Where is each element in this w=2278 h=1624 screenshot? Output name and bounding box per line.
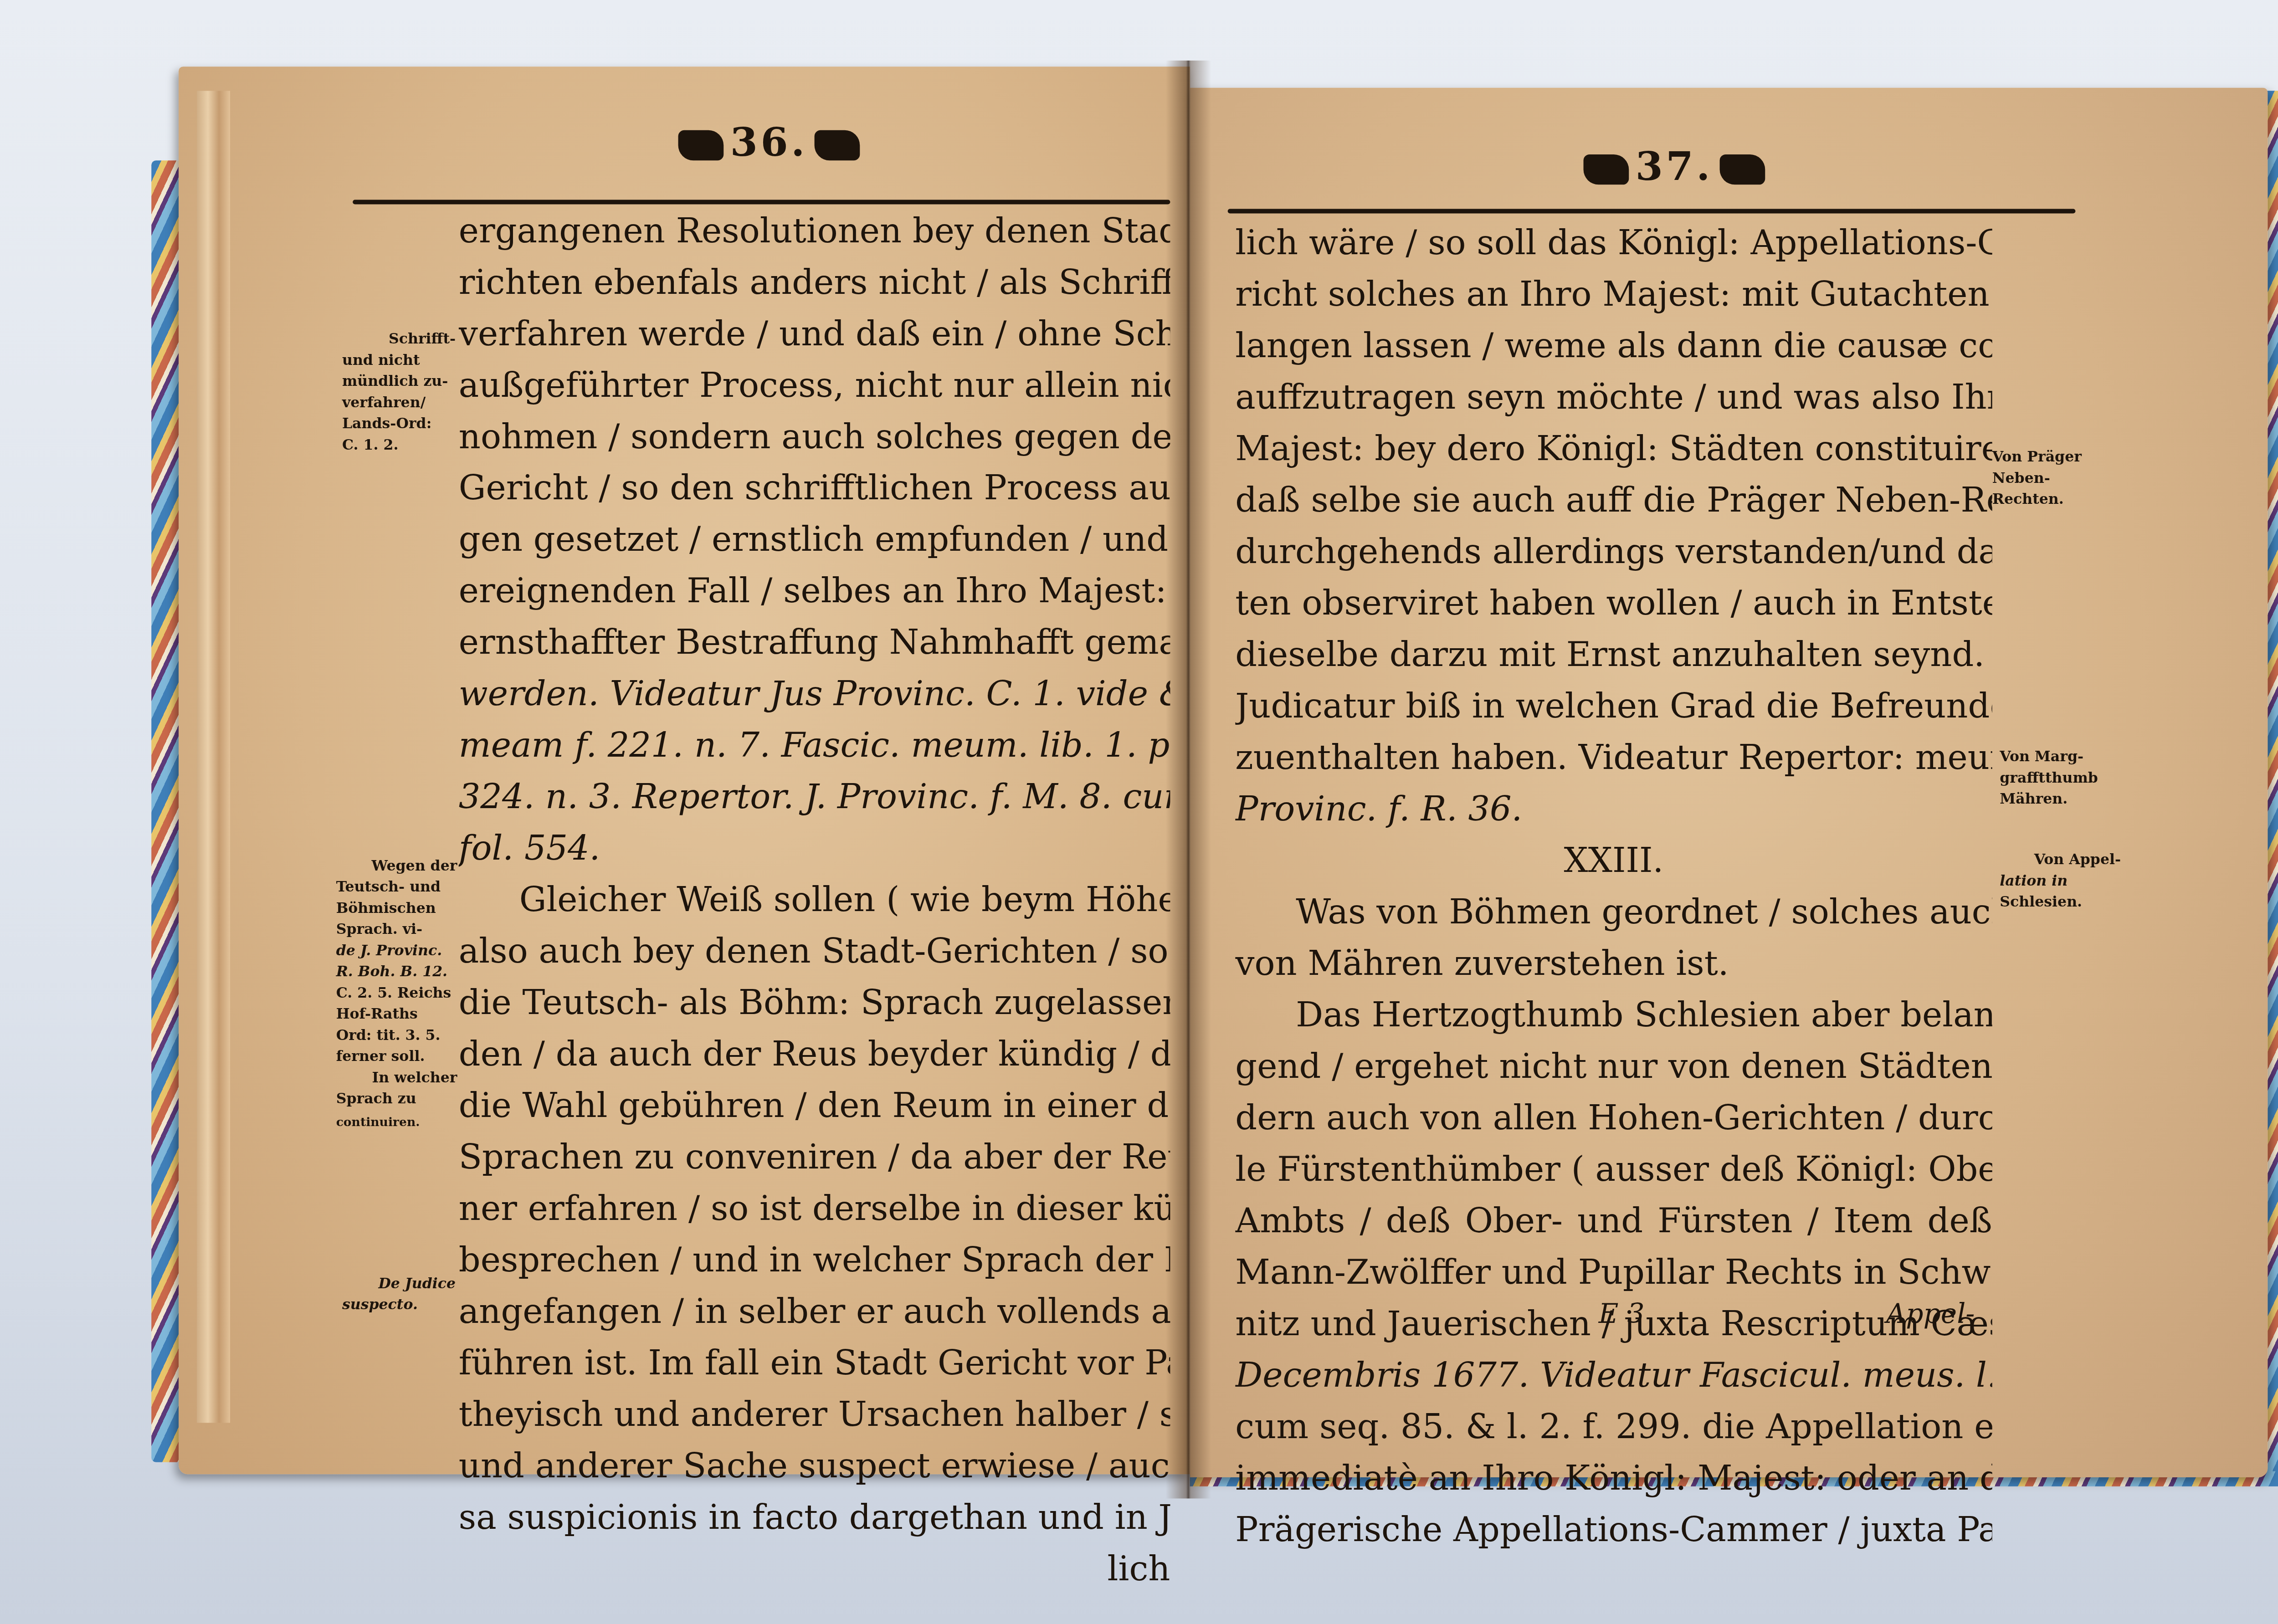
text-line: Decembris 1677. Videatur Fascicul. meus.… [1235,1350,1992,1402]
text-line: Prägerische Appellations-Cammer / juxta … [1235,1505,1992,1556]
margin-note-mahren: Von Marg- grafftthumb Mähren. [2000,748,2121,811]
text-line: immediatè an Ihro Königl: Majest: oder a… [1235,1453,1992,1505]
page-number: 37. [1636,145,1713,191]
text-line: zuenthalten haben. Videatur Repertor: me… [1235,733,1992,784]
margin-note-line: mündlich zu- [342,372,456,394]
margin-note-line: De Judice [342,1275,456,1296]
text-line: angefangen / in selber er auch vollends … [459,1286,1170,1338]
margin-note-line: Von Appel- [2000,850,2121,872]
margin-note-sprach: Wegen der Teutsch- und Böhmischen Sprach… [336,857,457,1132]
left-page-fold-edge [197,91,230,1423]
margin-note-line: lation in [2000,872,2121,893]
right-page-header: 37. [1523,145,1826,191]
margin-note-line: Teutsch- und [336,878,457,899]
ornament-icon [814,130,859,160]
text-line: Ambts / deß Ober- und Fürsten / Item deß [1235,1196,1992,1247]
text-line: cum seq. 85. & l. 2. f. 299. die Appella… [1235,1402,1992,1453]
ornament-icon [1719,154,1765,184]
margin-note-line: Rechten. [1992,491,2114,512]
margin-note-line: Böhmischen [336,899,457,921]
text-line: die Teutsch- als Böhm: Sprach zugelassen… [459,978,1170,1029]
margin-note-line: C. 2. 5. Reichs [336,984,457,1005]
text-line: Gericht / so den schrifftlichen Process … [459,463,1170,515]
catchword: Appel- [1886,1299,1975,1331]
margin-note-line: Von Marg- [2000,748,2121,769]
text-line: besprechen / und in welcher Sprach der P… [459,1235,1170,1286]
text-line: meam f. 221. n. 7. Fascic. meum. lib. 1.… [459,721,1170,772]
margin-note-line: Hof-Raths [336,1005,457,1026]
text-line: gend / ergehet nicht nur von denen Städt… [1235,1041,1992,1093]
text-line: lich [459,1544,1170,1595]
text-line: le Fürstenthümber ( ausser deß Königl: O… [1235,1144,1992,1196]
right-page: 37. lich wäre / so soll das Königl: Appe… [1190,88,2268,1477]
margin-note-line: grafftthumb [2000,769,2121,790]
signature-mark: E 3 [1599,1299,1645,1331]
text-line: Judicatur biß in welchen Grad die Befreu… [1235,681,1992,733]
margin-note-line: Mähren. [2000,790,2121,811]
text-line: auffzutragen seyn möchte / und was also … [1235,372,1992,424]
text-line: also auch bey denen Stadt-Gerichten / so… [459,926,1170,978]
text-line: und anderer Sache suspect erwiese / auch… [459,1441,1170,1492]
text-line: daß selbe sie auch auff die Präger Neben… [1235,475,1992,527]
text-line: Das Hertzogthumb Schlesien aber belan- [1235,990,1992,1041]
text-line: werden. Videatur Jus Provinc. C. 1. vide… [459,669,1170,721]
margin-note-line: Von Präger [1992,448,2114,470]
text-line: verfahren werde / und daß ein / ohne Sch… [459,309,1170,360]
text-line: ner erfahren / so ist derselbe in dieser… [459,1183,1170,1235]
left-page-header: 36. [618,121,921,167]
text-line: Gleicher Weiß sollen ( wie beym Höhern- … [459,875,1170,927]
margin-note-line: ferner soll. [336,1047,457,1069]
text-line: 324. n. 3. Repertor. J. Provinc. f. M. 8… [459,772,1170,824]
book-photo: 36. ergangenen Resolutionen bey denen St… [0,0,2278,1624]
text-line: ergangenen Resolutionen bey denen Stadt … [459,206,1170,257]
margin-note-line: Schlesien. [2000,893,2121,914]
margin-note-line: C. 1. 2. [342,436,456,457]
margin-note-line: und nicht [342,351,456,373]
text-line: Was von Böhmen geordnet / solches auch [1235,887,1992,938]
margin-note-line: Ord: tit. 3. 5. [336,1026,457,1048]
text-line: führen ist. Im fall ein Stadt Gericht vo… [459,1338,1170,1389]
header-rule [353,200,1170,205]
margin-note-line: R. Boh. B. 12. [336,963,457,984]
text-line: außgeführter Process, nicht nur allein n… [459,360,1170,412]
left-cover-marbled-edge [151,160,181,1462]
text-line: Majest: bey dero Königl: Städten constit… [1235,424,1992,475]
right-body-text: lich wäre / so soll das Königl: Appellat… [1235,218,1992,1556]
text-line: nohmen / sondern auch solches gegen den … [459,412,1170,463]
text-line: Provinc. f. R. 36. [1235,784,1992,835]
margin-note-prager: Von Präger Neben- Rechten. [1992,448,2114,512]
section-heading: XXIII. [1235,835,1992,887]
text-line: von Mähren zuverstehen ist. [1235,938,1992,990]
text-line: dern auch von allen Hohen-Gerichten / du… [1235,1093,1992,1144]
margin-note-line: de J. Provinc. [336,942,457,963]
text-line: Mann-Zwölffer und Pupillar Rechts in Sch… [1235,1247,1992,1299]
text-line: fol. 554. [459,824,1170,875]
page-number: 36. [730,121,808,167]
margin-note-line: Lands-Ord: [342,415,456,436]
text-line: ten observiret haben wollen / auch in En… [1235,578,1992,630]
margin-note-line: suspecto. [342,1296,456,1317]
text-line: theyisch und anderer Ursachen halber / s… [459,1389,1170,1441]
margin-note-schlesien: Von Appel- lation in Schlesien. [2000,850,2121,914]
header-rule [1228,209,2076,214]
text-line: die Wahl gebühren / den Reum in einer de… [459,1081,1170,1132]
text-line: richt solches an Ihro Majest: mit Gutach… [1235,269,1992,321]
text-line: ernsthaffter Bestraffung Nahmhafft gemac… [459,618,1170,669]
text-line: sa suspicionis in facto dargethan und in… [459,1492,1170,1544]
left-page: 36. ergangenen Resolutionen bey denen St… [179,67,1190,1474]
text-line: den / da auch der Reus beyder kündig / d… [459,1029,1170,1081]
margin-note-line: Sprach zu [336,1090,457,1111]
text-line: gen gesetzet / ernstlich empfunden / und… [459,515,1170,566]
ornament-icon [1584,154,1630,184]
margin-note-de-judice: De Judice suspecto. [342,1275,456,1317]
margin-note-line: Wegen der [336,857,457,878]
text-line: Sprachen zu conveniren / da aber der Reu… [459,1132,1170,1183]
margin-note-line: verfahren/ [342,394,456,415]
ornament-icon [679,130,724,160]
margin-note-schrifft: Schrifft- und nicht mündlich zu- verfahr… [342,330,456,457]
text-line: ereignenden Fall / selbes an Ihro Majest… [459,566,1170,618]
margin-note-line: In welcher [336,1069,457,1090]
margin-note-line: Neben- [1992,469,2114,491]
text-line: langen lassen / weme als dann die causæ … [1235,321,1992,372]
text-line: durchgehends allerdings verstanden/und d… [1235,527,1992,578]
text-line: lich wäre / so soll das Königl: Appellat… [1235,218,1992,269]
left-body-text: ergangenen Resolutionen bey denen Stadt … [459,206,1170,1595]
margin-note-line: continuiren. [336,1111,457,1132]
text-line: dieselbe darzu mit Ernst anzuhalten seyn… [1235,630,1992,681]
margin-note-line: Schrifft- [342,330,456,351]
margin-note-line: Sprach. vi- [336,920,457,942]
book-gutter [1165,61,1211,1499]
text-line: richten ebenfals anders nicht / als Schr… [459,257,1170,309]
